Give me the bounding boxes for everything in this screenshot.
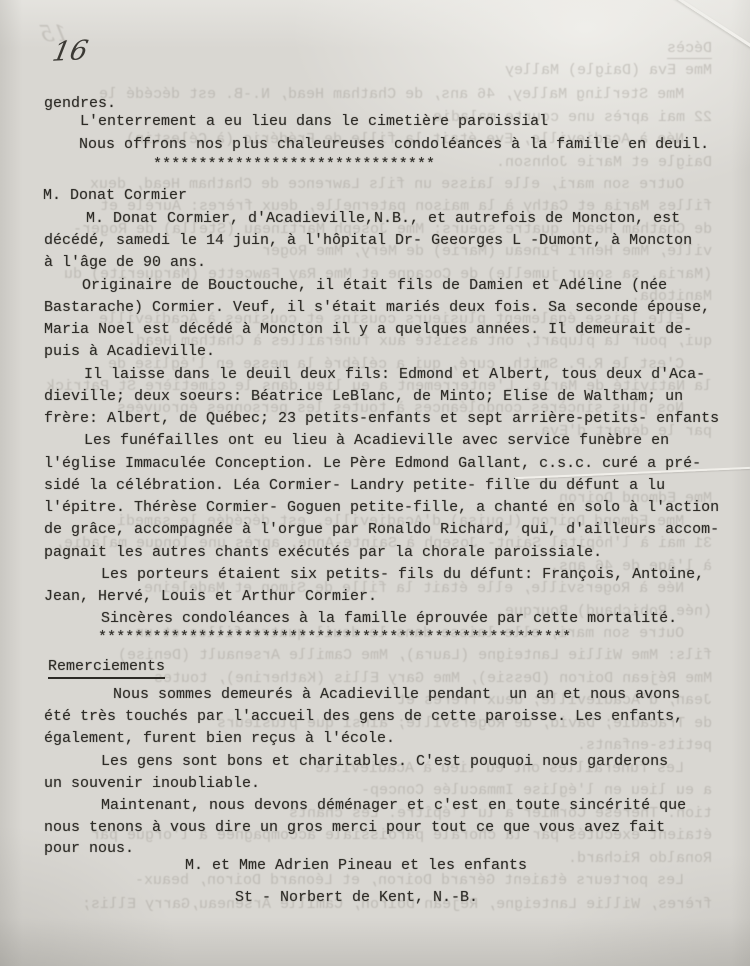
paragraph-line: de grâce, accompagnée à l'orgue par Rona… xyxy=(44,521,719,538)
handwritten-page-number: 16 xyxy=(50,35,91,68)
paragraph-line: à l'âge de 90 ans. xyxy=(44,254,206,271)
paragraph-line: Les funéfailles ont eu lieu à Acadievill… xyxy=(84,432,669,449)
signature-line: M. et Mme Adrien Pineau et les enfants xyxy=(185,857,527,874)
paragraph-line: Les gens sont bons et charitables. C'est… xyxy=(101,753,668,770)
paragraph-line: frère: Albert, de Québec; 23 petits-enfa… xyxy=(44,410,719,427)
paragraph-line: sidé la célébration. Léa Cormier- Landry… xyxy=(44,477,665,494)
scanned-page: 15 DécèsMme Eva (Daigle) MalleyMme Sterl… xyxy=(0,0,750,966)
address-line: St - Norbert de Kent, N.-B. xyxy=(235,889,478,906)
paragraph-line: Jean, Hervé, Louis et Arthur Cormier. xyxy=(44,588,377,605)
paragraph-line: Originaire de Bouctouche, il était fils … xyxy=(82,277,667,294)
paragraph-line: Maintenant, nous devons déménager et c'e… xyxy=(101,797,686,814)
paragraph-line: Nous offrons nos plus chaleureuses condo… xyxy=(79,136,709,153)
paragraph-line: Bastarache) Cormier. Veuf, il s'était ma… xyxy=(44,299,710,316)
section-heading-donat-cormier: M. Donat Cormier xyxy=(43,187,187,204)
paragraph-line: dieville; deux soeurs: Béatrice LeBlanc,… xyxy=(44,388,683,405)
paragraph-line: un souvenir inoubliable. xyxy=(44,775,260,792)
paragraph-line: également, furent bien reçus à l'école. xyxy=(44,730,395,747)
paragraph-line: Il laisse dans le deuil deux fils: Edmon… xyxy=(84,366,705,383)
paragraph-line: Nous sommes demeurés à Acadieville penda… xyxy=(113,686,680,703)
paragraph-line: puis à Acadieville. xyxy=(44,343,215,360)
typewritten-text-layer: 16 gendres.L'enterrement a eu lieu dans … xyxy=(0,0,750,966)
paragraph-line: L'enterrement a eu lieu dans le cimetièr… xyxy=(80,113,548,130)
paragraph-line: Sincères condoléances à la famille éprou… xyxy=(101,610,677,627)
paragraph-line: décédé, samedi le 14 juin, à l'hôpital D… xyxy=(44,232,692,249)
paragraph-line: Maria Noel est décédé à Moncton il y a q… xyxy=(44,321,692,338)
separator-asterisks: ****************************************… xyxy=(98,629,571,646)
paragraph-line: gendres. xyxy=(44,95,116,112)
paragraph-line: Les porteurs étaient six petits- fils du… xyxy=(101,566,704,583)
paragraph-line: M. Donat Cormier, d'Acadieville,N.B., et… xyxy=(86,210,680,227)
paragraph-line: pagnait les autres chants exécutés par l… xyxy=(44,544,602,561)
paragraph-line: pour nous. xyxy=(44,840,134,857)
paragraph-line: l'église Immaculée Conception. Le Père E… xyxy=(44,455,701,472)
paragraph-line: l'épitre. Thérèse Cormier- Goguen petite… xyxy=(44,499,719,516)
section-heading-remerciements: Remerciements xyxy=(48,658,165,679)
separator-asterisks: ******************************* xyxy=(153,156,435,173)
paragraph-line: nous tenons à vous dire un gros merci po… xyxy=(44,819,665,836)
paragraph-line: été très touchés par l'accueil des gens … xyxy=(44,708,683,725)
